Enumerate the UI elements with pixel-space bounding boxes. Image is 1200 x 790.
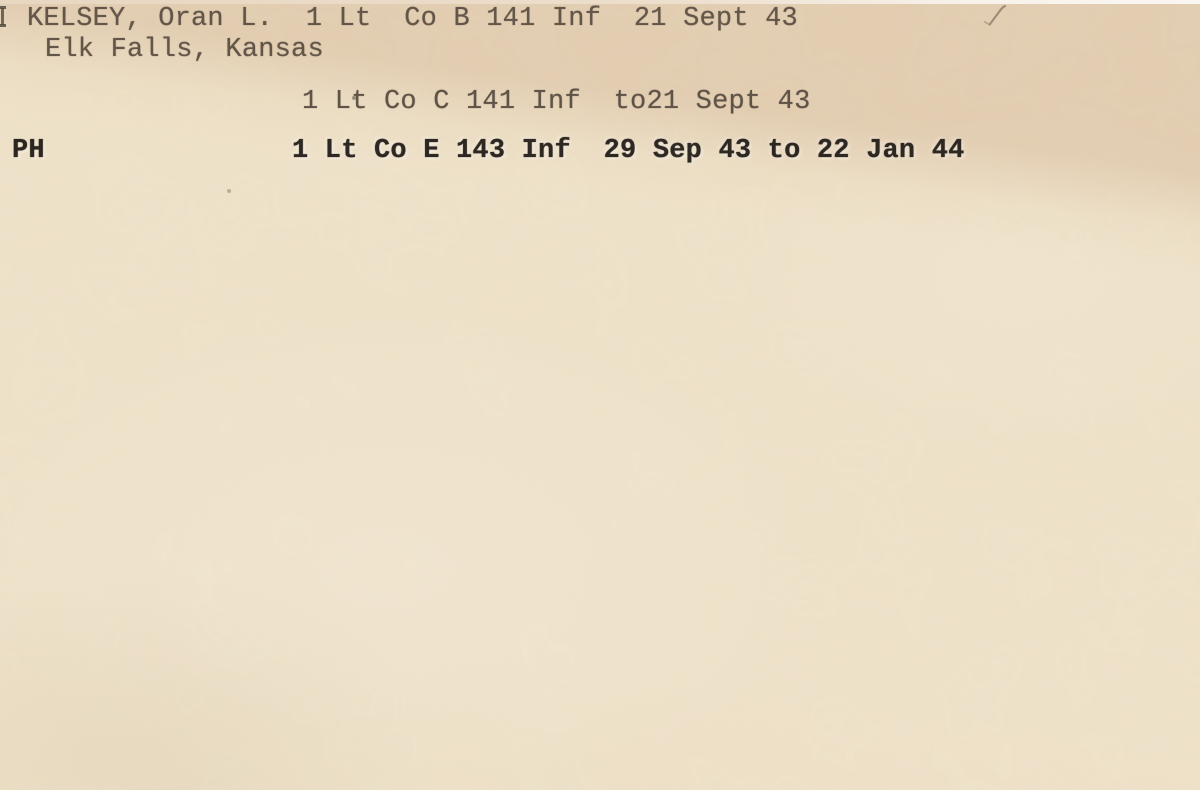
- name-rank-line: KELSEY, Oran L. 1 Lt Co B 141 Inf 21 Sep…: [27, 5, 798, 33]
- hometown-line: Elk Falls, Kansas: [45, 36, 324, 64]
- paper-speck: [227, 189, 231, 193]
- pencil-slash-mark: [972, 2, 1020, 32]
- award-abbreviation: PH: [12, 137, 45, 165]
- service-entry-line-1: 1 Lt Co C 141 Inf to21 Sept 43: [302, 88, 810, 116]
- paper-mottle-texture: [0, 0, 1200, 790]
- scan-edge-artifact: [0, 5, 8, 29]
- index-card: KELSEY, Oran L. 1 Lt Co B 141 Inf 21 Sep…: [0, 0, 1200, 790]
- paper-grain-texture: [0, 0, 1200, 790]
- service-entry-line-2: 1 Lt Co E 143 Inf 29 Sep 43 to 22 Jan 44: [292, 137, 965, 165]
